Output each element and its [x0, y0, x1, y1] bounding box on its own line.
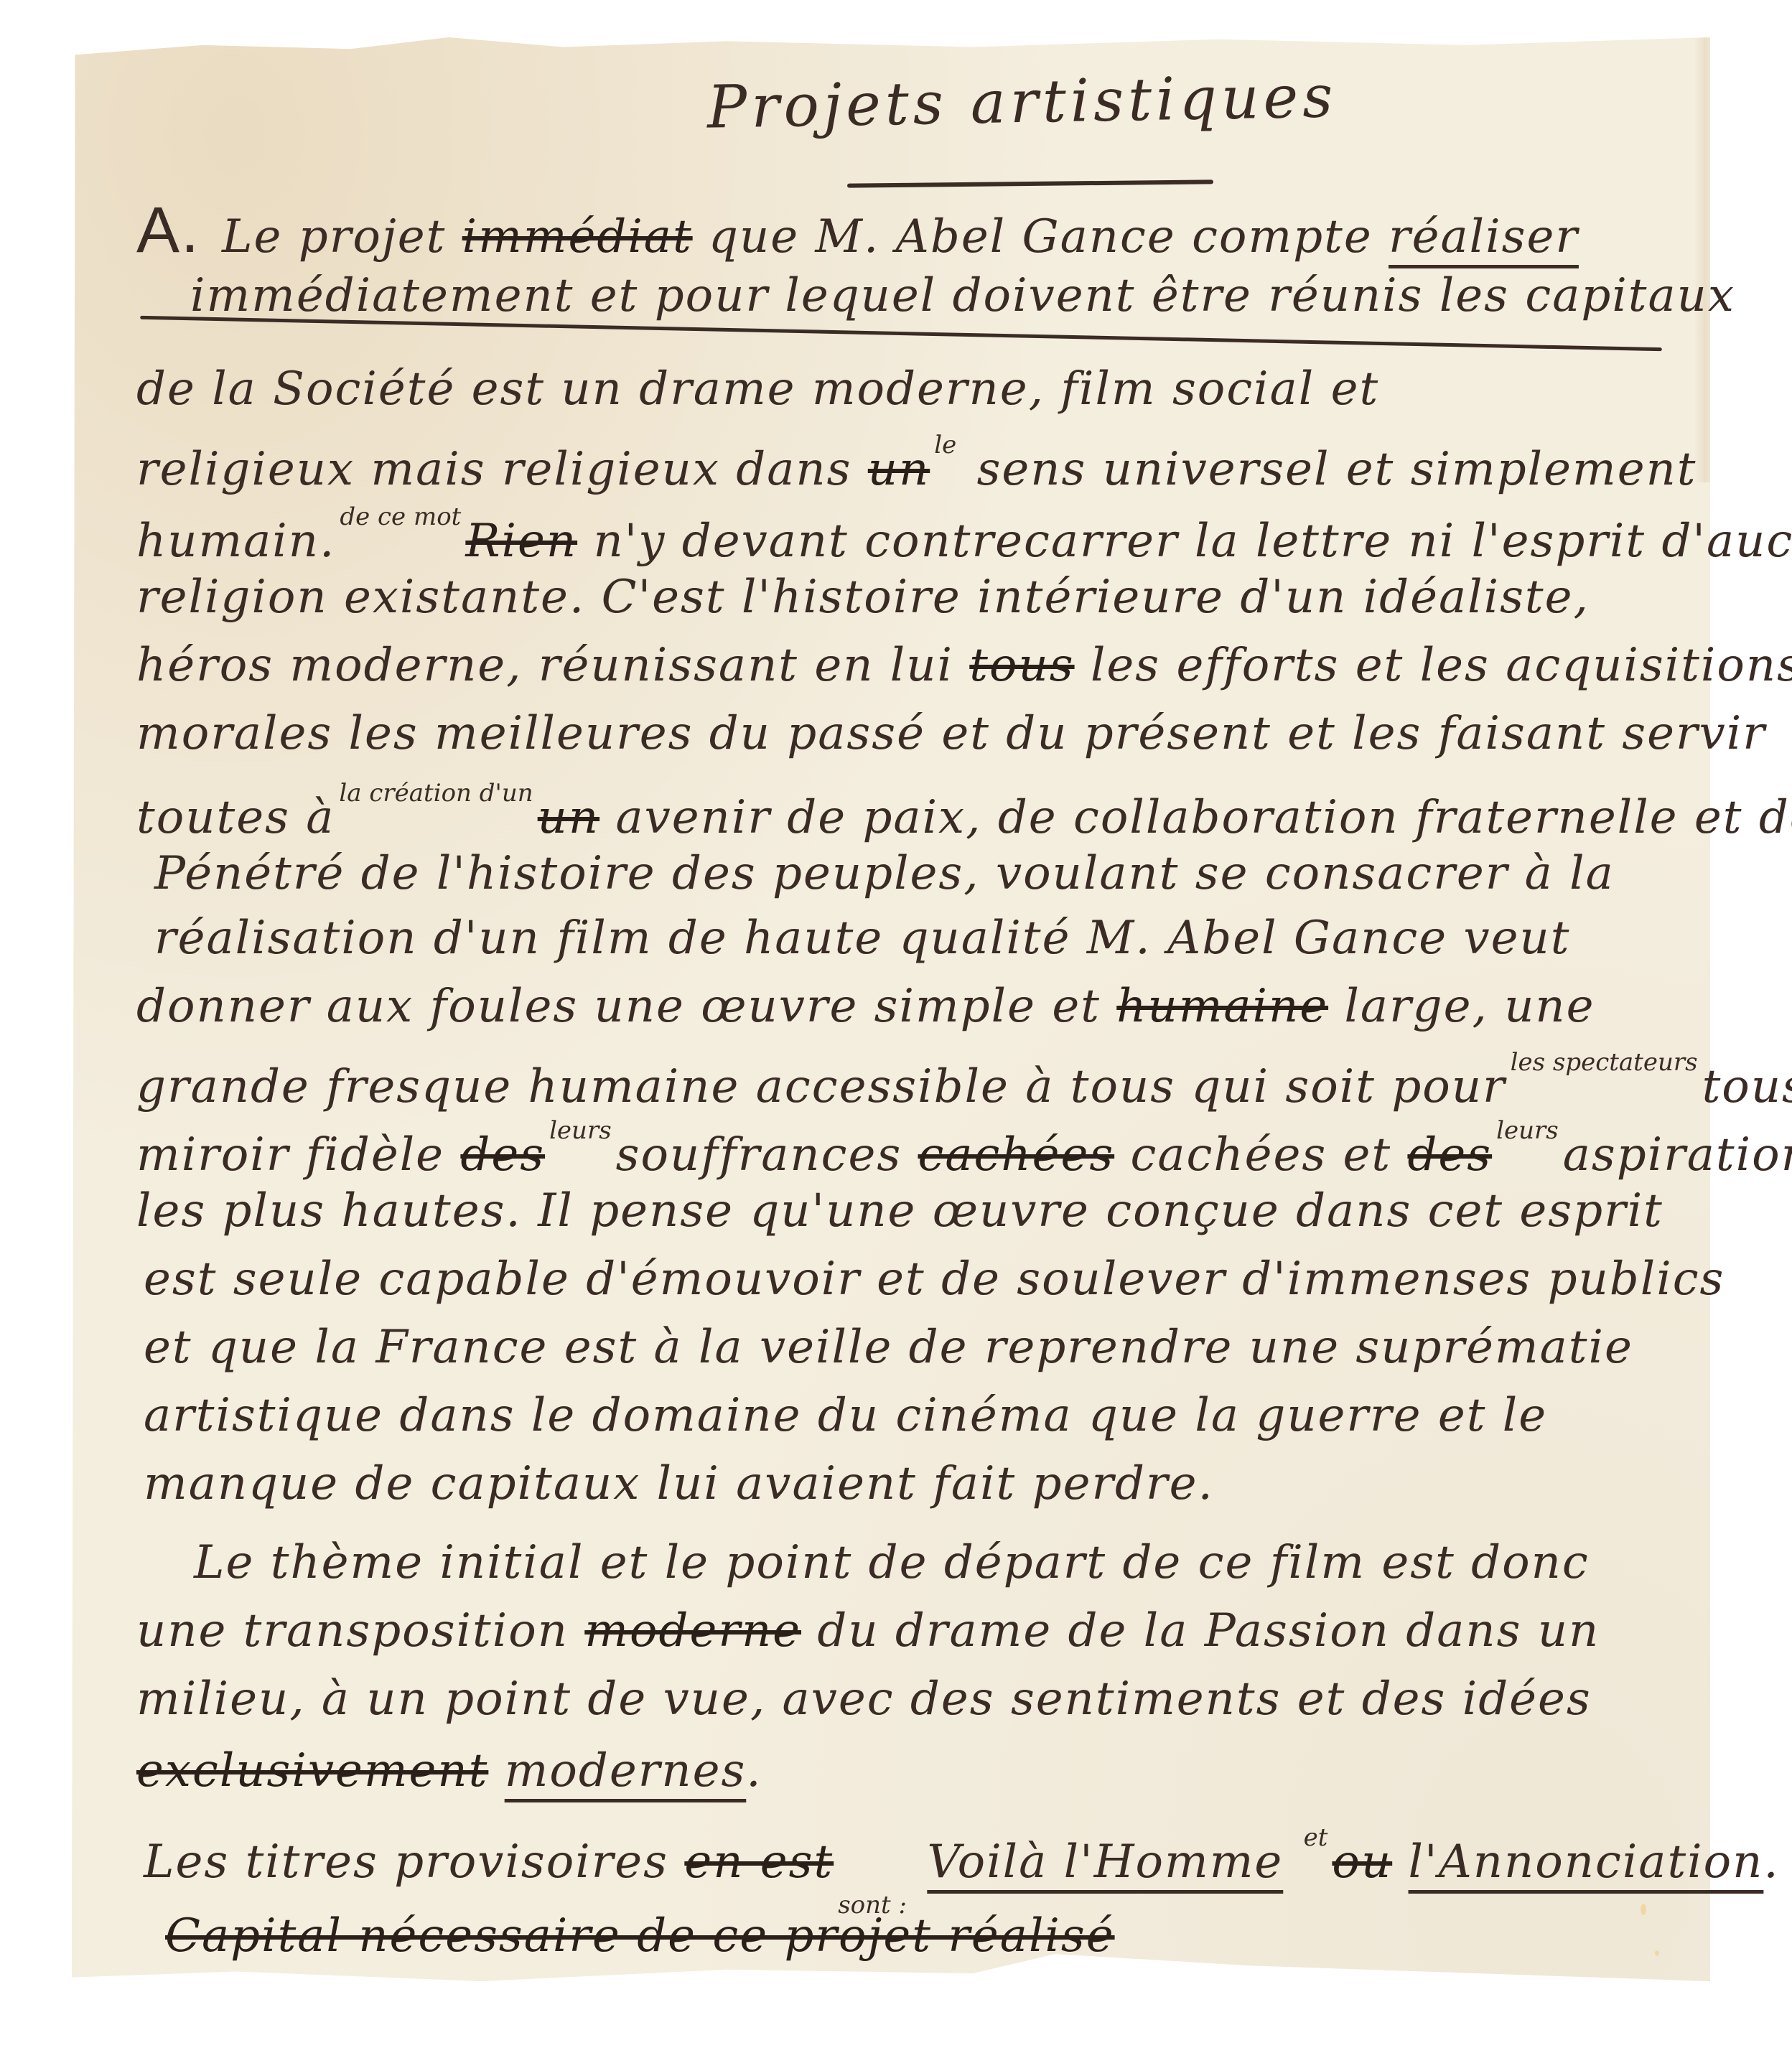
insertion: leurs [1496, 1116, 1559, 1145]
struck-word: des [1407, 1128, 1492, 1182]
struck-word: ou [1332, 1835, 1392, 1889]
struck-word: un [868, 443, 930, 496]
text-line-8: morales les meilleures du passé et du pr… [136, 707, 1766, 760]
text-line-11: réalisation d'un film de haute qualité M… [154, 912, 1570, 965]
text-line-6: religion existante. C'est l'histoire int… [136, 571, 1590, 624]
page-title: Projets artistiques [706, 62, 1338, 141]
text-line-12: donner aux foules une œuvre simple et hu… [136, 980, 1595, 1033]
section-marker: A. [136, 195, 200, 266]
text-line-17: et que la France est à la veille de repr… [144, 1321, 1633, 1374]
text-line-4: religieux mais religieux dans unle sens … [136, 431, 1697, 496]
underlined-title: l'Annonciation [1409, 1835, 1764, 1889]
struck-word: des [460, 1128, 545, 1182]
text-line-16: est seule capable d'émouvoir et de soule… [144, 1253, 1725, 1306]
text-line-22: milieu, à un point de vue, avec des sent… [136, 1673, 1592, 1726]
struck-word: exclusivement [136, 1744, 488, 1797]
text-line-3: de la Société est un drame moderne, film… [136, 363, 1379, 416]
insertion: de ce mot [340, 502, 461, 531]
struck-word: tous [969, 639, 1074, 692]
text-line-18: artistique dans le domaine du cinéma que… [144, 1389, 1547, 1442]
struck-word: un [538, 791, 599, 844]
insertion: leurs [549, 1116, 612, 1145]
insertion: la création d'un [339, 779, 533, 808]
foxing-spot [1655, 1950, 1659, 1956]
text-line-10: Pénétré de l'histoire des peuples, voula… [154, 847, 1615, 900]
text-line-2: immédiatement et pour lequel doivent êtr… [190, 269, 1735, 322]
struck-word: humaine [1116, 980, 1328, 1033]
text-line-14: miroir fidèle desleurssouffrances cachée… [136, 1116, 1792, 1182]
struck-word: immédiat [462, 210, 693, 263]
text-line-24: Les titres provisoires en estsont : Voil… [144, 1823, 1780, 1919]
text-line-9: toutes àla création d'unun avenir de pai… [136, 779, 1792, 844]
text-line-25: Capital nécessaire de ce projet réalisé [165, 1909, 1115, 1963]
text-line-7: héros moderne, réunissant en lui tous le… [136, 639, 1792, 692]
paper-fold-mark [1694, 37, 1716, 482]
text-line-21: une transposition moderne du drame de la… [136, 1604, 1600, 1657]
text-line-1: A.Le projet immédiat que M. Abel Gance c… [136, 194, 1579, 268]
insertion: et [1304, 1823, 1328, 1852]
struck-word: moderne [584, 1604, 801, 1657]
text-line-13: grande fresque humaine accessible à tous… [136, 1048, 1792, 1113]
text-line-5: humain.de ce motRien n'y devant contreca… [136, 502, 1792, 568]
struck-line: Capital nécessaire de ce projet réalisé [165, 1909, 1115, 1963]
underlined-word: réaliser [1389, 210, 1579, 263]
struck-word: en est [684, 1835, 834, 1889]
struck-word: cachées [918, 1128, 1115, 1182]
underlined-word: modernes [505, 1744, 747, 1797]
insertion: le [934, 431, 956, 459]
text-line-23: exclusivement modernes. [136, 1744, 762, 1797]
underlined-title: Voilà l'Homme [927, 1835, 1283, 1889]
struck-word: Rien [465, 515, 577, 568]
text-line-20: Le thème initial et le point de départ d… [194, 1536, 1590, 1589]
text-line-19: manque de capitaux lui avaient fait perd… [144, 1457, 1214, 1510]
text-line-15: les plus hautes. Il pense qu'une œuvre c… [136, 1184, 1663, 1238]
insertion: les spectateurs [1511, 1048, 1698, 1077]
